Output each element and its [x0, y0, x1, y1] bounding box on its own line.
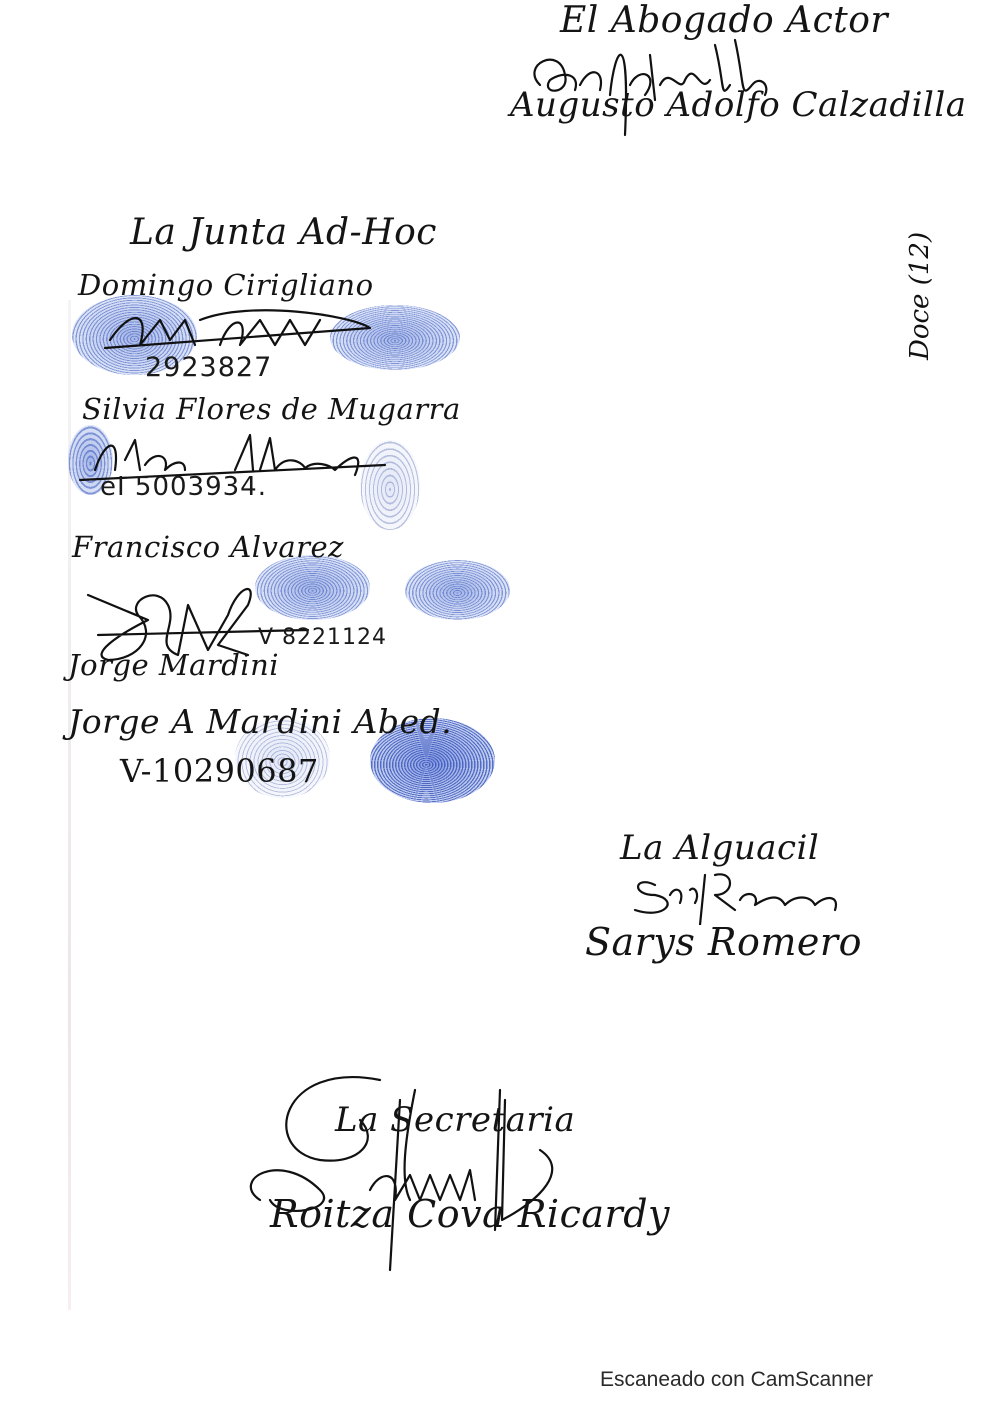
camscanner-watermark: Escaneado con CamScanner: [600, 1368, 873, 1392]
junta-member-name: Francisco Alvarez: [72, 530, 344, 564]
junta-member-signature: [100, 300, 380, 360]
junta-member-name: Jorge Mardini: [68, 648, 279, 682]
alguacil-signature: [625, 865, 865, 925]
alguacil-name: Sarys Romero: [585, 920, 862, 964]
fingerprint: [405, 560, 510, 620]
junta-member-signature: Jorge A Mardini Abed.: [68, 702, 452, 741]
junta-title: La Junta Ad-Hoc: [130, 212, 437, 253]
junta-member-name: Silvia Flores de Mugarra: [82, 392, 461, 426]
junta-member-id: V 8221124: [258, 625, 387, 650]
junta-member-id: eI 5003934.: [100, 472, 267, 502]
secretaria-signature: [240, 1060, 640, 1280]
junta-member-name: Domingo Cirigliano: [78, 268, 374, 302]
alguacil-title: La Alguacil: [620, 828, 819, 868]
junta-member-id: V-10290687: [120, 752, 319, 790]
secretaria-name: Roitza Cova Ricardy: [270, 1192, 670, 1236]
secretaria-title: La Secretaria: [335, 1100, 575, 1140]
junta-member-id: 2923827: [145, 352, 272, 383]
folio-number-note: Doce (12): [905, 232, 935, 360]
attorney-name: Augusto Adolfo Calzadilla: [510, 85, 967, 125]
